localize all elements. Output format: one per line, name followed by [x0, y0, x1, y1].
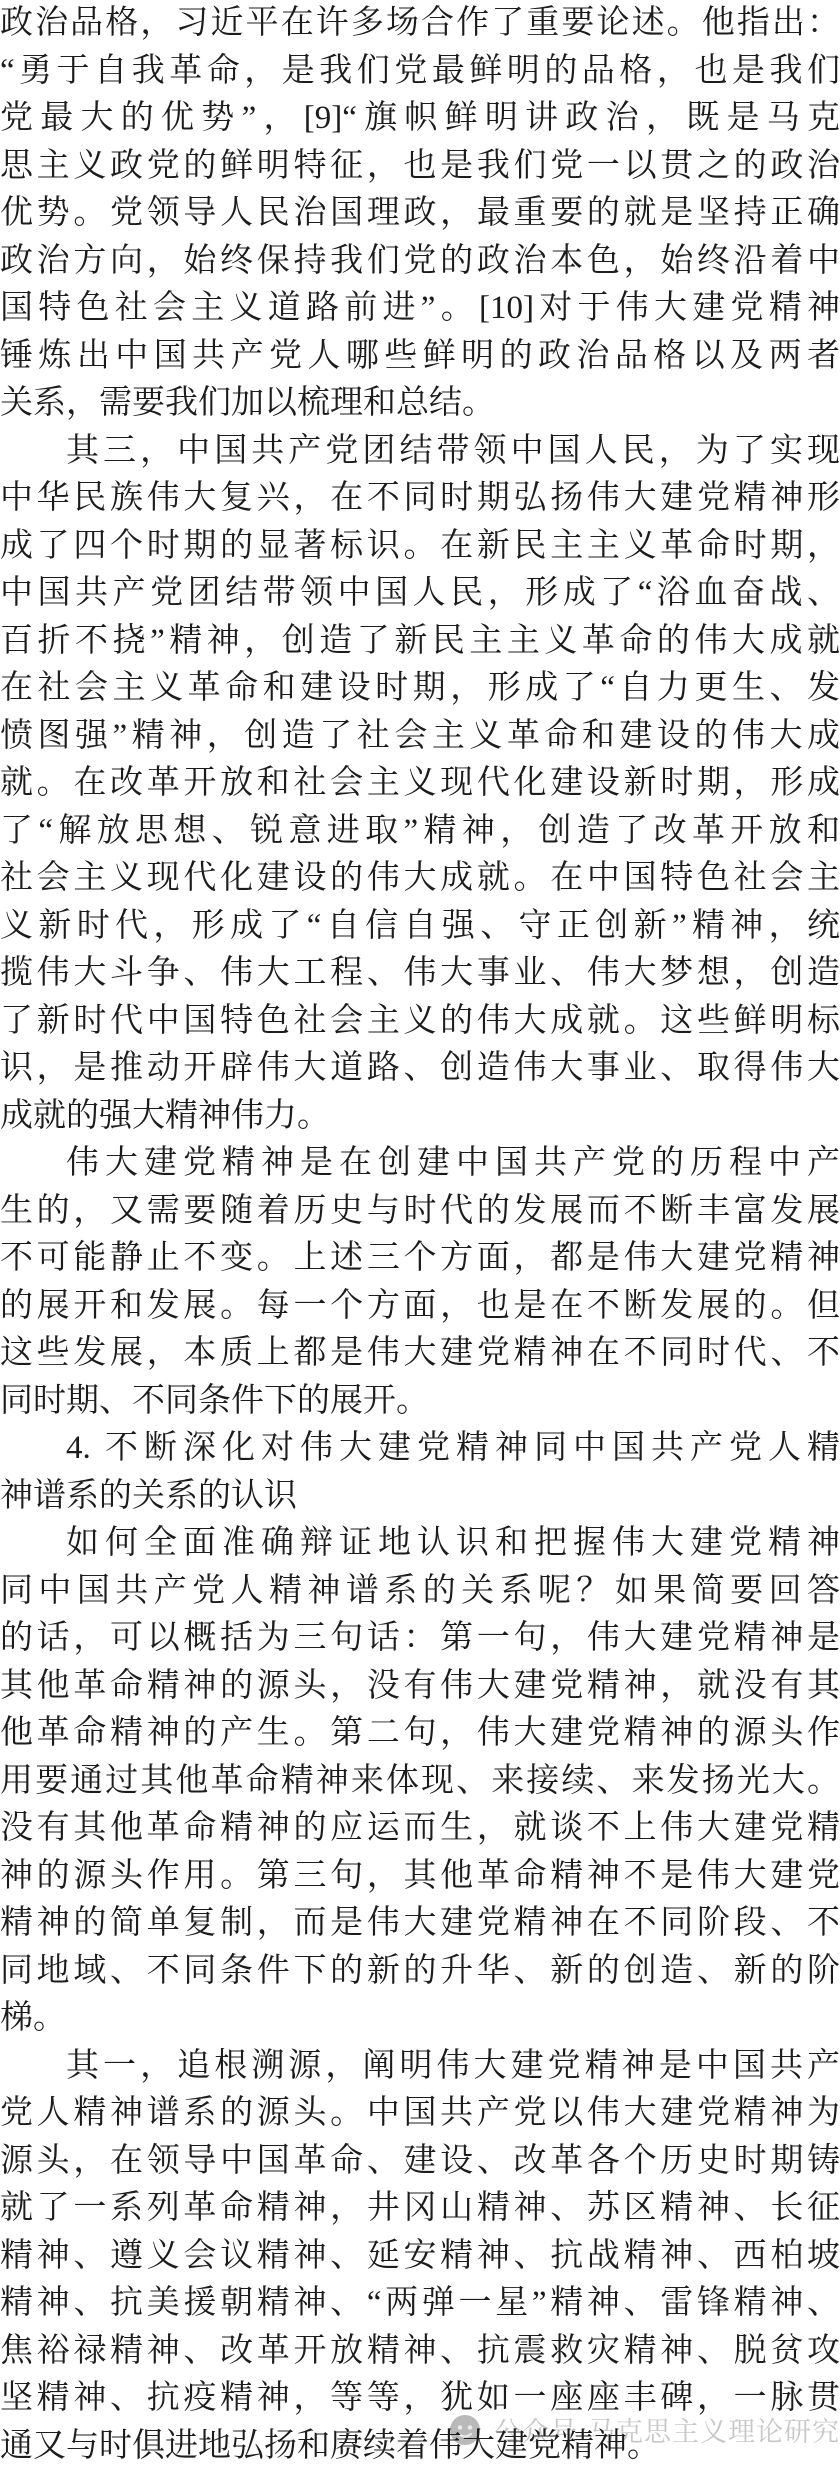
text-line: 关系，需要我们加以梳理和总结。: [0, 380, 840, 428]
text-line: 生的，又需要随着历史与时代的发展而不断丰富发展: [0, 1188, 840, 1236]
document-page: 政治品格，习近平在许多场合作了重要论述。他指出：“勇于自我革命，是我们党最鲜明的…: [0, 0, 840, 2470]
text-line: 同中国共产党人精神谱系的关系呢？如果简要回答: [0, 1568, 840, 1616]
text-line: 了“解放思想、锐意进取”精神，创造了改革开放和: [0, 808, 840, 856]
text-line: 梯。: [0, 1995, 840, 2043]
text-line: 精神的简单复制，而是伟大建党精神在不同阶段、不: [0, 1900, 840, 1948]
article-text-block: 政治品格，习近平在许多场合作了重要论述。他指出：“勇于自我革命，是我们党最鲜明的…: [0, 0, 840, 2470]
text-line: 4. 不断深化对伟大建党精神同中国共产党人精: [0, 1425, 840, 1473]
text-line: 坚精神、抗疫精神，等等，犹如一座座丰碑，一脉贯: [0, 2375, 840, 2423]
text-line: 的话，可以概括为三句话：第一句，伟大建党精神是: [0, 1615, 840, 1663]
text-line: 了新时代中国特色社会主义的伟大成就。这些鲜明标: [0, 998, 840, 1046]
text-line: 在社会主义革命和建设时期，形成了“自力更生、发: [0, 665, 840, 713]
text-line: 社会主义现代化建设的伟大成就。在中国特色社会主: [0, 855, 840, 903]
text-line: 就。在改革开放和社会主义现代化建设新时期，形成: [0, 760, 840, 808]
text-line: 百折不挠”精神，创造了新民主主义革命的伟大成就: [0, 618, 840, 666]
text-line: 他革命精神的产生。第二句，伟大建党精神的源头作: [0, 1710, 840, 1758]
text-line: 这些发展，本质上都是伟大建党精神在不同时代、不: [0, 1330, 840, 1378]
text-line: 焦裕禄精神、改革开放精神、抗震救灾精神、脱贫攻: [0, 2328, 840, 2376]
text-line: 如何全面准确辩证地认识和把握伟大建党精神: [0, 1520, 840, 1568]
text-line: “勇于自我革命，是我们党最鲜明的品格，也是我们: [0, 48, 840, 96]
text-line: 中国共产党团结带领中国人民，形成了“浴血奋战、: [0, 570, 840, 618]
text-line: 党人精神谱系的源头。中国共产党以伟大建党精神为: [0, 2090, 840, 2138]
text-line: 其他革命精神的源头，没有伟大建党精神，就没有其: [0, 1663, 840, 1711]
text-line: 同时期、不同条件下的展开。: [0, 1378, 840, 1426]
text-line: 的展开和发展。每一个方面，也是在不断发展的。但: [0, 1283, 840, 1331]
text-line: 政治品格，习近平在许多场合作了重要论述。他指出：: [0, 0, 840, 48]
text-line: 中华民族伟大复兴，在不同时期弘扬伟大建党精神形: [0, 475, 840, 523]
text-line: 成了四个时期的显著标识。在新民主主义革命时期，: [0, 523, 840, 571]
text-line: 不可能静止不变。上述三个方面，都是伟大建党精神: [0, 1235, 840, 1283]
text-line: 识，是推动开辟伟大道路、创造伟大事业、取得伟大: [0, 1045, 840, 1093]
text-line: 成就的强大精神伟力。: [0, 1093, 840, 1141]
text-line: 神的源头作用。第三句，其他革命精神不是伟大建党: [0, 1853, 840, 1901]
text-line: 其一，追根溯源，阐明伟大建党精神是中国共产: [0, 2043, 840, 2091]
text-line: 义新时代，形成了“自信自强、守正创新”精神，统: [0, 903, 840, 951]
text-line: 源头，在领导中国革命、建设、改革各个历史时期铸: [0, 2138, 840, 2186]
text-line: 伟大建党精神是在创建中国共产党的历程中产: [0, 1140, 840, 1188]
text-line: 神谱系的关系的认识: [0, 1473, 840, 1521]
text-line: 没有其他革命精神的应运而生，就谈不上伟大建党精: [0, 1805, 840, 1853]
text-line: 锤炼出中国共产党人哪些鲜明的政治品格以及两者: [0, 333, 840, 381]
text-line: 党最大的优势”，[9]“旗帜鲜明讲政治，既是马克: [0, 95, 840, 143]
text-line: 同地域、不同条件下的新的升华、新的创造、新的阶: [0, 1948, 840, 1996]
text-line: 政治方向，始终保持我们党的政治本色，始终沿着中: [0, 238, 840, 286]
text-line: 通又与时俱进地弘扬和赓续着伟大建党精神。: [0, 2423, 840, 2470]
text-line: 精神、遵义会议精神、延安精神、抗战精神、西柏坡: [0, 2233, 840, 2281]
text-line: 就了一系列革命精神，井冈山精神、苏区精神、长征: [0, 2185, 840, 2233]
text-line: 愤图强”精神，创造了社会主义革命和建设的伟大成: [0, 713, 840, 761]
text-line: 精神、抗美援朝精神、“两弹一星”精神、雷锋精神、: [0, 2280, 840, 2328]
text-line: 其三，中国共产党团结带领中国人民，为了实现: [0, 428, 840, 476]
text-line: 用要通过其他革命精神来体现、来接续、来发扬光大。: [0, 1758, 840, 1806]
text-line: 国特色社会主义道路前进”。[10]对于伟大建党精神: [0, 285, 840, 333]
text-line: 揽伟大斗争、伟大工程、伟大事业、伟大梦想，创造: [0, 950, 840, 998]
text-line: 优势。党领导人民治国理政，最重要的就是坚持正确: [0, 190, 840, 238]
text-line: 思主义政党的鲜明特征，也是我们党一以贯之的政治: [0, 143, 840, 191]
